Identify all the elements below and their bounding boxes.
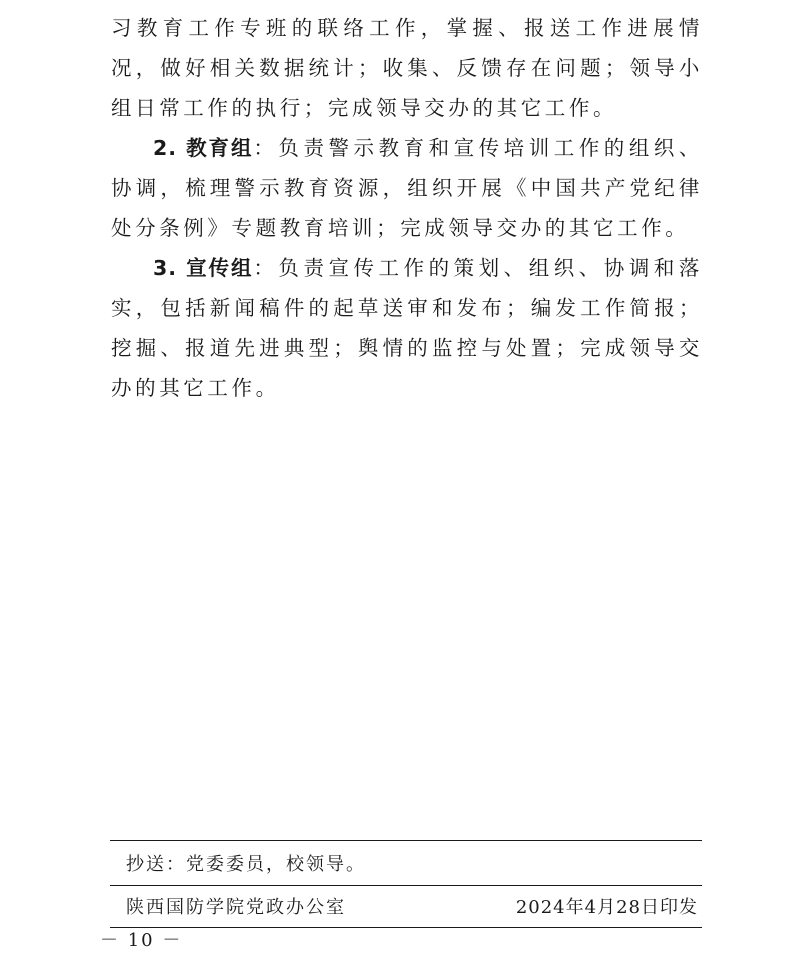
paragraph-publicity-group: 3. 宣传组：负责宣传工作的策划、组织、协调和落实，包括新闻稿件的起草送审和发布… (111, 248, 703, 408)
issued-date: 2024年4月28日印发 (516, 893, 702, 919)
paragraph-text: 习教育工作专班的联络工作，掌握、报送工作进展情况，做好相关数据统计；收集、反馈存… (111, 16, 703, 120)
section-heading-education-group: 2. 教育组 (153, 136, 253, 160)
document-page: 习教育工作专班的联络工作，掌握、报送工作进展情况，做好相关数据统计；收集、反馈存… (0, 0, 800, 961)
paragraph-continuation: 习教育工作专班的联络工作，掌握、报送工作进展情况，做好相关数据统计；收集、反馈存… (111, 8, 703, 128)
section-heading-publicity-group: 3. 宣传组 (153, 256, 253, 280)
paragraph-education-group: 2. 教育组：负责警示教育和宣传培训工作的组织、协调，梳理警示教育资源，组织开展… (111, 128, 703, 248)
cc-recipients: 抄送：党委委员，校领导。 (110, 850, 366, 876)
issuer-office: 陕西国防学院党政办公室 (110, 893, 346, 919)
issuer-row: 陕西国防学院党政办公室 2024年4月28日印发 (110, 886, 702, 926)
footer-bottom-rule (110, 927, 702, 928)
document-body: 习教育工作专班的联络工作，掌握、报送工作进展情况，做好相关数据统计；收集、反馈存… (111, 8, 703, 408)
footer-top-rule (110, 840, 702, 841)
page-number: － 10 － (100, 927, 182, 955)
cc-row: 抄送：党委委员，校领导。 (110, 843, 702, 883)
